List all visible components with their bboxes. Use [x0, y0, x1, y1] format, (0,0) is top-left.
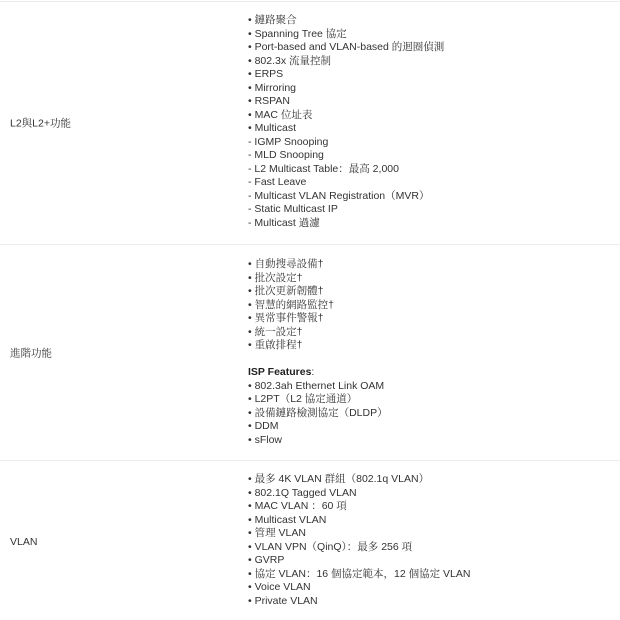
- list-item: 802.3ah Ethernet Link OAM: [248, 380, 388, 394]
- list-item: MAC 位址表: [248, 109, 444, 123]
- list-item: 管理 VLAN: [248, 527, 470, 541]
- list-item: 異常事件警報†: [248, 312, 388, 326]
- row-content: 最多 4K VLAN 群組（802.1q VLAN） 802.1Q Tagged…: [248, 473, 470, 608]
- list-item: 設備鏈路檢測協定（DLDP）: [248, 407, 388, 421]
- list-item: Multicast VLAN: [248, 514, 470, 528]
- row-label: 進階功能: [10, 346, 52, 361]
- list-item: 鏈路聚合: [248, 14, 444, 28]
- list-item: ERPS: [248, 68, 444, 82]
- list-item: VLAN VPN（QinQ）：最多 256 項: [248, 541, 470, 555]
- list-item: 智慧的網路監控†: [248, 299, 388, 313]
- spec-row-advanced: 進階功能 自動搜尋設備† 批次設定† 批次更新韌體† 智慧的網路監控† 異常事件…: [0, 244, 620, 461]
- list-item: 802.1Q Tagged VLAN: [248, 487, 470, 501]
- row-content: 鏈路聚合 Spanning Tree 協定 Port-based and VLA…: [248, 14, 444, 230]
- list-item: 重啟排程†: [248, 339, 388, 353]
- list-item: Port-based and VLAN-based 的迴圈偵測: [248, 41, 444, 55]
- list-item: Spanning Tree 協定: [248, 28, 444, 42]
- list-item: L2PT（L2 協定通道）: [248, 393, 388, 407]
- list-item: MAC VLAN ：60 項: [248, 500, 470, 514]
- list-item: 協定 VLAN：16 個協定範本，12 個協定 VLAN: [248, 568, 470, 582]
- sub-list-item: - Multicast VLAN Registration（MVR）: [248, 190, 444, 204]
- list-item: 最多 4K VLAN 群組（802.1q VLAN）: [248, 473, 470, 487]
- list-item: RSPAN: [248, 95, 444, 109]
- sub-list-item: - MLD Snooping: [248, 149, 444, 163]
- list-item: 自動搜尋設備†: [248, 258, 388, 272]
- list-item: Mirroring: [248, 82, 444, 96]
- list-item: Private VLAN: [248, 595, 470, 609]
- row-label: VLAN: [10, 536, 37, 548]
- list-item: Multicast: [248, 122, 444, 136]
- list-item: 802.3x 流量控制: [248, 55, 444, 69]
- isp-features-heading: ISP Features:: [248, 366, 388, 380]
- list-item: sFlow: [248, 434, 388, 448]
- list-item: Voice VLAN: [248, 581, 470, 595]
- sub-list-item: - Fast Leave: [248, 176, 444, 190]
- list-item: 批次更新韌體†: [248, 285, 388, 299]
- spacer: [248, 353, 388, 367]
- sub-list-item: - Multicast 過濾: [248, 217, 444, 231]
- list-item: DDM: [248, 420, 388, 434]
- sub-list-item: - Static Multicast IP: [248, 203, 444, 217]
- list-item: 統一設定†: [248, 326, 388, 340]
- list-item: 批次設定†: [248, 272, 388, 286]
- isp-heading-text: ISP Features: [248, 366, 311, 378]
- isp-heading-colon: :: [311, 366, 314, 378]
- row-content: 自動搜尋設備† 批次設定† 批次更新韌體† 智慧的網路監控† 異常事件警報† 統…: [248, 258, 388, 447]
- spec-row-vlan: VLAN 最多 4K VLAN 群組（802.1q VLAN） 802.1Q T…: [0, 460, 620, 620]
- sub-list-item: - L2 Multicast Table：最高 2,000: [248, 163, 444, 177]
- list-item: GVRP: [248, 554, 470, 568]
- spec-row-l2: L2與L2+功能 鏈路聚合 Spanning Tree 協定 Port-base…: [0, 1, 620, 245]
- sub-list-item: - IGMP Snooping: [248, 136, 444, 150]
- row-label: L2與L2+功能: [10, 116, 71, 131]
